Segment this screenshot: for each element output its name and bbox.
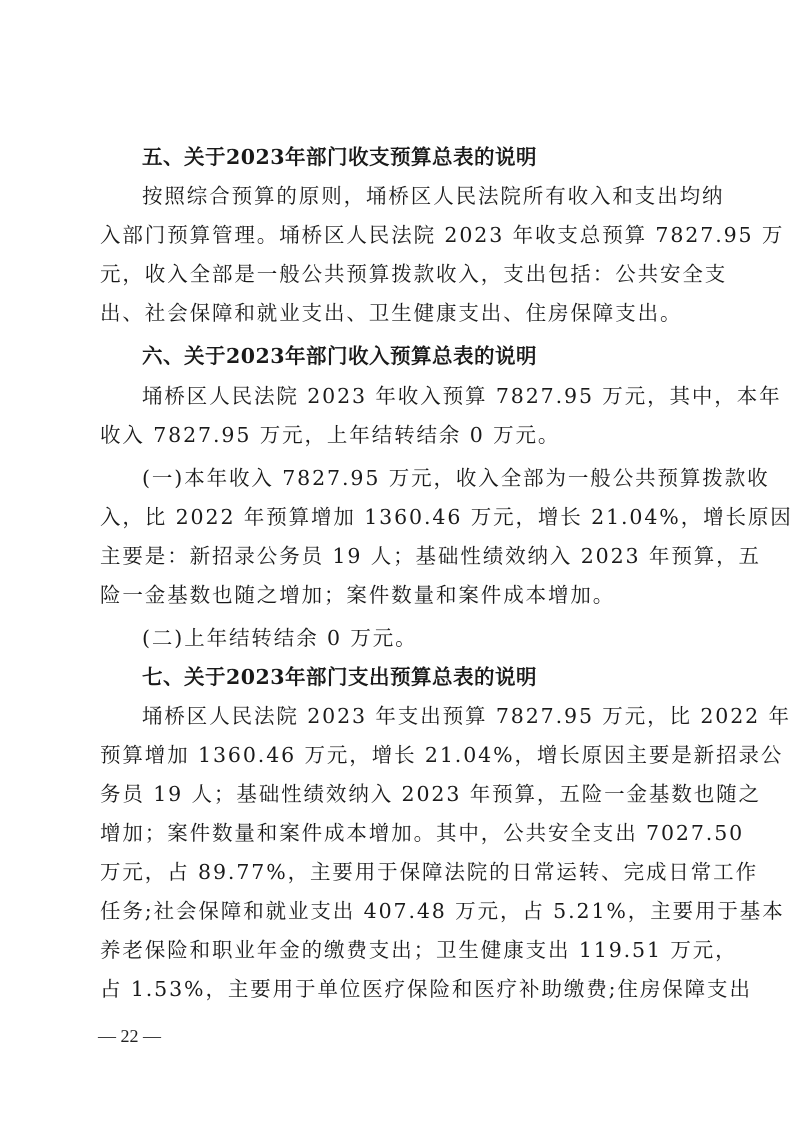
paragraph-line: 预算增加 1360.46 万元，增长 21.04%，增长原因主要是新招录公 — [100, 736, 704, 775]
paragraph-line: 元，收入全部是一般公共预算拨款收入，支出包括：公共安全支 — [100, 255, 704, 294]
paragraph-line: 收入 7827.95 万元，上年结转结余 0 万元。 — [100, 416, 704, 455]
paragraph-line: (二)上年结转结余 0 万元。 — [142, 619, 704, 658]
paragraph-line: 出、社会保障和就业支出、卫生健康支出、住房保障支出。 — [100, 294, 704, 333]
section-heading-5: 五、关于2023年部门收支预算总表的说明 — [142, 138, 537, 177]
paragraph-line: 任务;社会保障和就业支出 407.48 万元，占 5.21%，主要用于基本 — [100, 892, 704, 931]
paragraph-line: 按照综合预算的原则，埇桥区人民法院所有收入和支出均纳 — [142, 177, 704, 216]
paragraph-line: 养老保险和职业年金的缴费支出；卫生健康支出 119.51 万元， — [100, 931, 704, 970]
paragraph-line: 埇桥区人民法院 2023 年支出预算 7827.95 万元，比 2022 年 — [142, 697, 704, 736]
section-heading-6: 六、关于2023年部门收入预算总表的说明 — [142, 337, 537, 376]
paragraph-line: 主要是：新招录公务员 19 人；基础性绩效纳入 2023 年预算，五 — [100, 537, 704, 576]
page-number: — 22 — — [98, 1026, 161, 1047]
paragraph-line: 入部门预算管理。埇桥区人民法院 2023 年收支总预算 7827.95 万 — [100, 216, 704, 255]
paragraph-line: 险一金基数也随之增加；案件数量和案件成本增加。 — [100, 576, 704, 615]
paragraph-line: 入，比 2022 年预算增加 1360.46 万元，增长 21.04%，增长原因 — [100, 498, 704, 537]
paragraph-line: 万元，占 89.77%，主要用于保障法院的日常运转、完成日常工作 — [100, 853, 704, 892]
document-page: 五、关于2023年部门收支预算总表的说明 按照综合预算的原则，埇桥区人民法院所有… — [0, 0, 793, 1122]
section-heading-7: 七、关于2023年部门支出预算总表的说明 — [142, 658, 537, 697]
paragraph-line: 增加；案件数量和案件成本增加。其中，公共安全支出 7027.50 — [100, 814, 704, 853]
paragraph-line: (一)本年收入 7827.95 万元，收入全部为一般公共预算拨款收 — [142, 459, 704, 498]
paragraph-line: 占 1.53%，主要用于单位医疗保险和医疗补助缴费;住房保障支出 — [100, 970, 704, 1009]
paragraph-line: 务员 19 人；基础性绩效纳入 2023 年预算，五险一金基数也随之 — [100, 775, 704, 814]
paragraph-line: 埇桥区人民法院 2023 年收入预算 7827.95 万元，其中，本年 — [142, 377, 704, 416]
